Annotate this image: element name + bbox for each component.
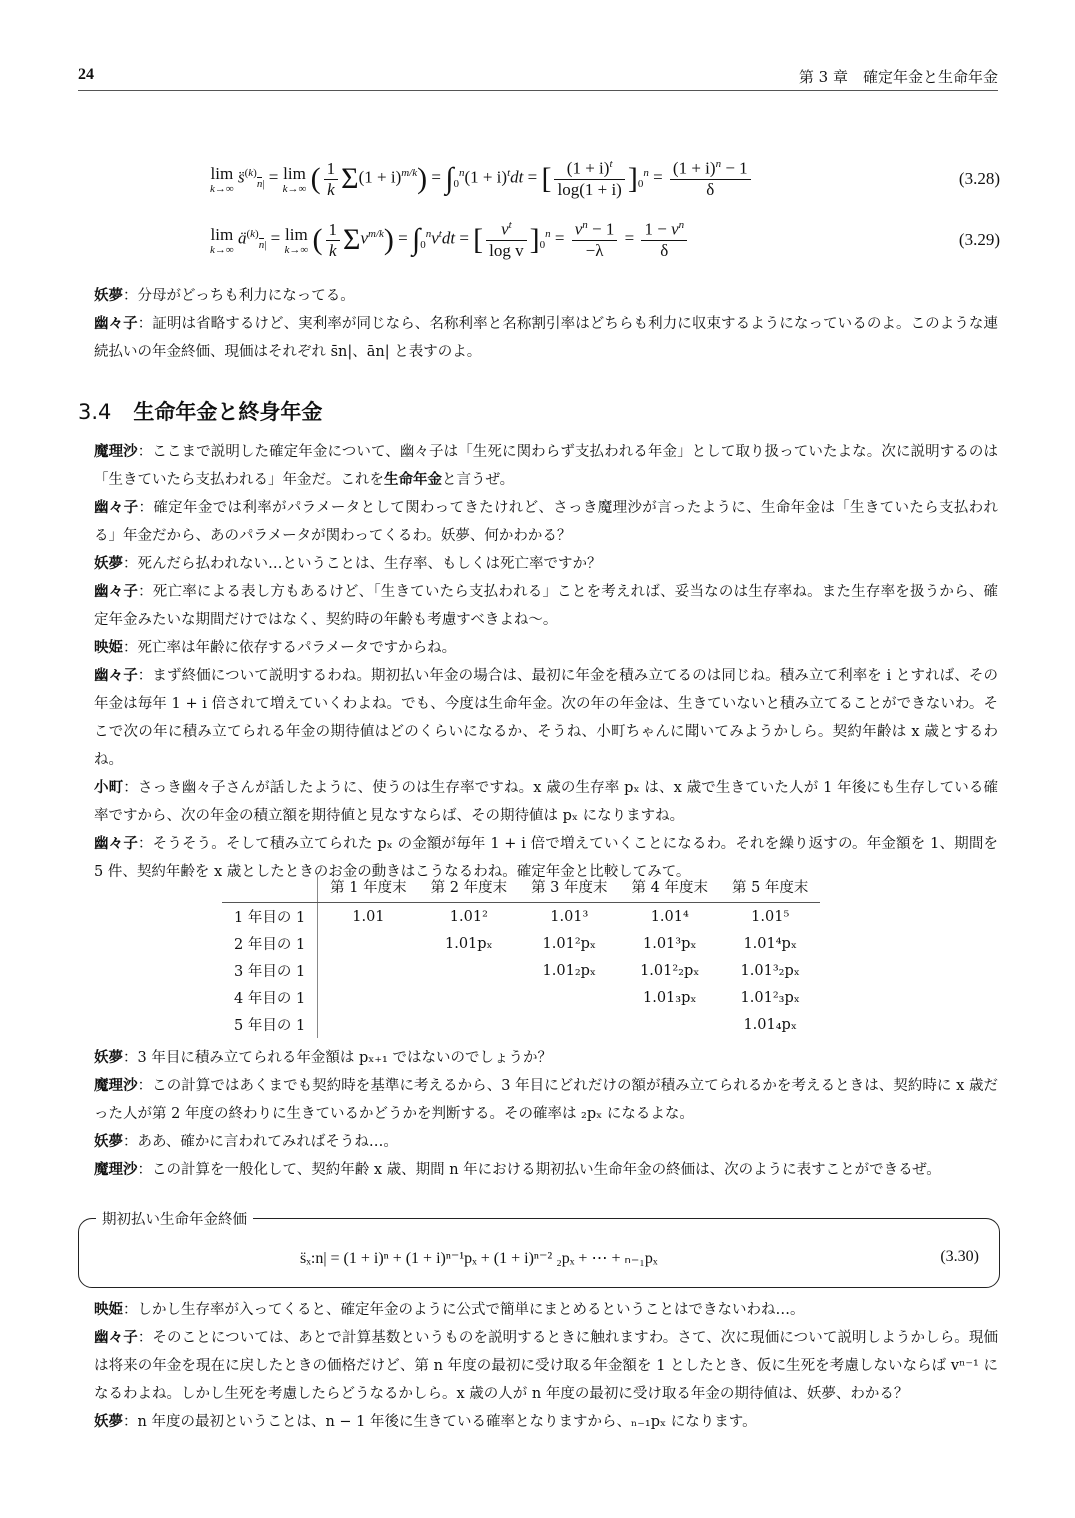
dialogue-line: 映姫：死亡率は年齢に依存するパラメータですからね。 [78,634,998,662]
table-header-row: 第 1 年度末 第 2 年度末 第 3 年度末 第 4 年度末 第 5 年度末 [222,873,820,903]
speaker-name: 映姫 [94,640,123,656]
speaker-name: 妖夢 [94,1134,123,1150]
column-header: 第 1 年度末 [318,873,419,903]
dialogue-block-top: 妖夢：分母がどっちも利力になってる。 幽々子：証明は省略するけど、実利率が同じな… [78,282,998,366]
speaker-name: 幽々子 [94,668,138,684]
column-header: 第 5 年度末 [720,873,820,903]
equation-3-28: limk→∞ s̈(k)n| = limk→∞ (1kΣ(1 + i)m/k) … [210,155,1000,203]
dialogue-line: 魔理沙：ここまで説明した確定年金について、幽々子は「生死に関わらず支払われる年金… [78,438,998,494]
dialogue-line: 妖夢：n 年度の最初ということは、n − 1 年後に生きている確率となりますから… [78,1408,998,1436]
speaker-name: 幽々子 [94,836,138,852]
equation-number: (3.30) [940,1248,979,1266]
speaker-name: 幽々子 [94,1330,138,1346]
term-highlight: 生命年金 [384,472,442,488]
speaker-name: 魔理沙 [94,444,138,460]
column-header: 第 2 年度末 [419,873,519,903]
row-label: 2 年目の 1 [222,930,318,957]
speaker-name: 魔理沙 [94,1078,138,1094]
dialogue-line: 妖夢：死んだら払われない…ということは、生存率、もしくは死亡率ですか？ [78,550,998,578]
speaker-name: 幽々子 [94,584,138,600]
dialogue-line: 幽々子：確定年金では利率がパラメータとして関わってきたけれど、さっき魔理沙が言っ… [78,494,998,550]
equation-body: limk→∞ s̈(k)n| = limk→∞ (1kΣ(1 + i)m/k) … [210,158,930,200]
dialogue-line: 妖夢：分母がどっちも利力になってる。 [78,282,998,310]
running-header: 24 第 3 章 確定年金と生命年金 [78,64,998,91]
dialogue-line: 魔理沙：この計算ではあくまでも契約時を基準に考えるから、3 年目にどれだけの額が… [78,1072,998,1128]
section-number: 3.4 [78,400,111,424]
speaker-name: 魔理沙 [94,1162,138,1178]
dialogue-line: 妖夢：ああ、確かに言われてみればそうね…。 [78,1128,998,1156]
equation-body: limk→∞ ä(k)n| = limk→∞ (1kΣvm/k) = ∫0nvt… [210,219,930,261]
speaker-name: 小町 [94,780,123,796]
dialogue-line: 幽々子：証明は省略するけど、実利率が同じなら、名称利率と名称割引率はどちらも利力… [78,310,998,366]
dialogue-line: 魔理沙：この計算を一般化して、契約年齢 x 歳、期間 n 年における期初払い生命… [78,1156,998,1184]
page-number: 24 [78,66,94,84]
table-row: 3 年目の 1 1.01₂pₓ 1.01²₂pₓ 1.01³₂pₓ [222,957,820,984]
dialogue-line: 幽々子：そのことについては、あとで計算基数というものを説明するときに触れますわ。… [78,1324,998,1408]
dialogue-block-main: 魔理沙：ここまで説明した確定年金について、幽々子は「生死に関わらず支払われる年金… [78,438,998,886]
section-title: 生命年金と終身年金 [133,400,322,424]
equation-3-30: s̈ₓ:n| = (1 + i)ⁿ + (1 + i)ⁿ⁻¹pₓ + (1 + … [300,1248,658,1268]
row-label: 4 年目の 1 [222,984,318,1011]
dialogue-line: 映姫：しかし生存率が入ってくると、確定年金のように公式で簡単にまとめるということ… [78,1296,998,1324]
dialogue-block-end: 映姫：しかし生存率が入ってくると、確定年金のように公式で簡単にまとめるということ… [78,1296,998,1436]
dialogue-line: 幽々子：まず終価について説明するわね。期初払い年金の場合は、最初に年金を積み立て… [78,662,998,774]
section-heading: 3.4生命年金と終身年金 [78,396,322,426]
row-label: 5 年目の 1 [222,1011,318,1038]
dialogue-block-after-table: 妖夢：3 年目に積み立てられる年金額は pₓ₊₁ ではないのでしょうか？ 魔理沙… [78,1044,998,1184]
table-row: 2 年目の 1 1.01pₓ 1.01²pₓ 1.01³pₓ 1.01⁴pₓ [222,930,820,957]
speaker-name: 妖夢 [94,288,123,304]
dialogue-line: 幽々子：死亡率による表し方もあるけど、「生きていたら支払われる」ことを考えれば、… [78,578,998,634]
equation-number: (3.29) [930,230,1000,250]
equation-3-29: limk→∞ ä(k)n| = limk→∞ (1kΣvm/k) = ∫0nvt… [210,216,1000,264]
dialogue-line: 妖夢：3 年目に積み立てられる年金額は pₓ₊₁ ではないのでしょうか？ [78,1044,998,1072]
speaker-name: 映姫 [94,1302,123,1318]
speaker-name: 妖夢 [94,1050,123,1066]
dialogue-line: 小町：さっき幽々子さんが話したように、使うのは生存率ですね。x 歳の生存率 pₓ… [78,774,998,830]
table-row: 4 年目の 1 1.01₃pₓ 1.01²₃pₓ [222,984,820,1011]
speaker-name: 妖夢 [94,556,123,572]
column-header: 第 4 年度末 [620,873,720,903]
formula-box-title: 期初払い生命年金終価 [96,1208,253,1229]
table-row: 5 年目の 1 1.01₄pₓ [222,1011,820,1038]
speaker-name: 幽々子 [94,316,138,332]
column-header: 第 3 年度末 [519,873,619,903]
row-label: 3 年目の 1 [222,957,318,984]
table-row: 1 年目の 1 1.01 1.01² 1.01³ 1.01⁴ 1.01⁵ [222,903,820,931]
chapter-title: 第 3 章 確定年金と生命年金 [799,66,998,87]
speaker-name: 幽々子 [94,500,139,516]
row-label: 1 年目の 1 [222,903,318,931]
cashflow-table: 第 1 年度末 第 2 年度末 第 3 年度末 第 4 年度末 第 5 年度末 … [222,873,820,1038]
speaker-name: 妖夢 [94,1414,123,1430]
equation-number: (3.28) [930,169,1000,189]
